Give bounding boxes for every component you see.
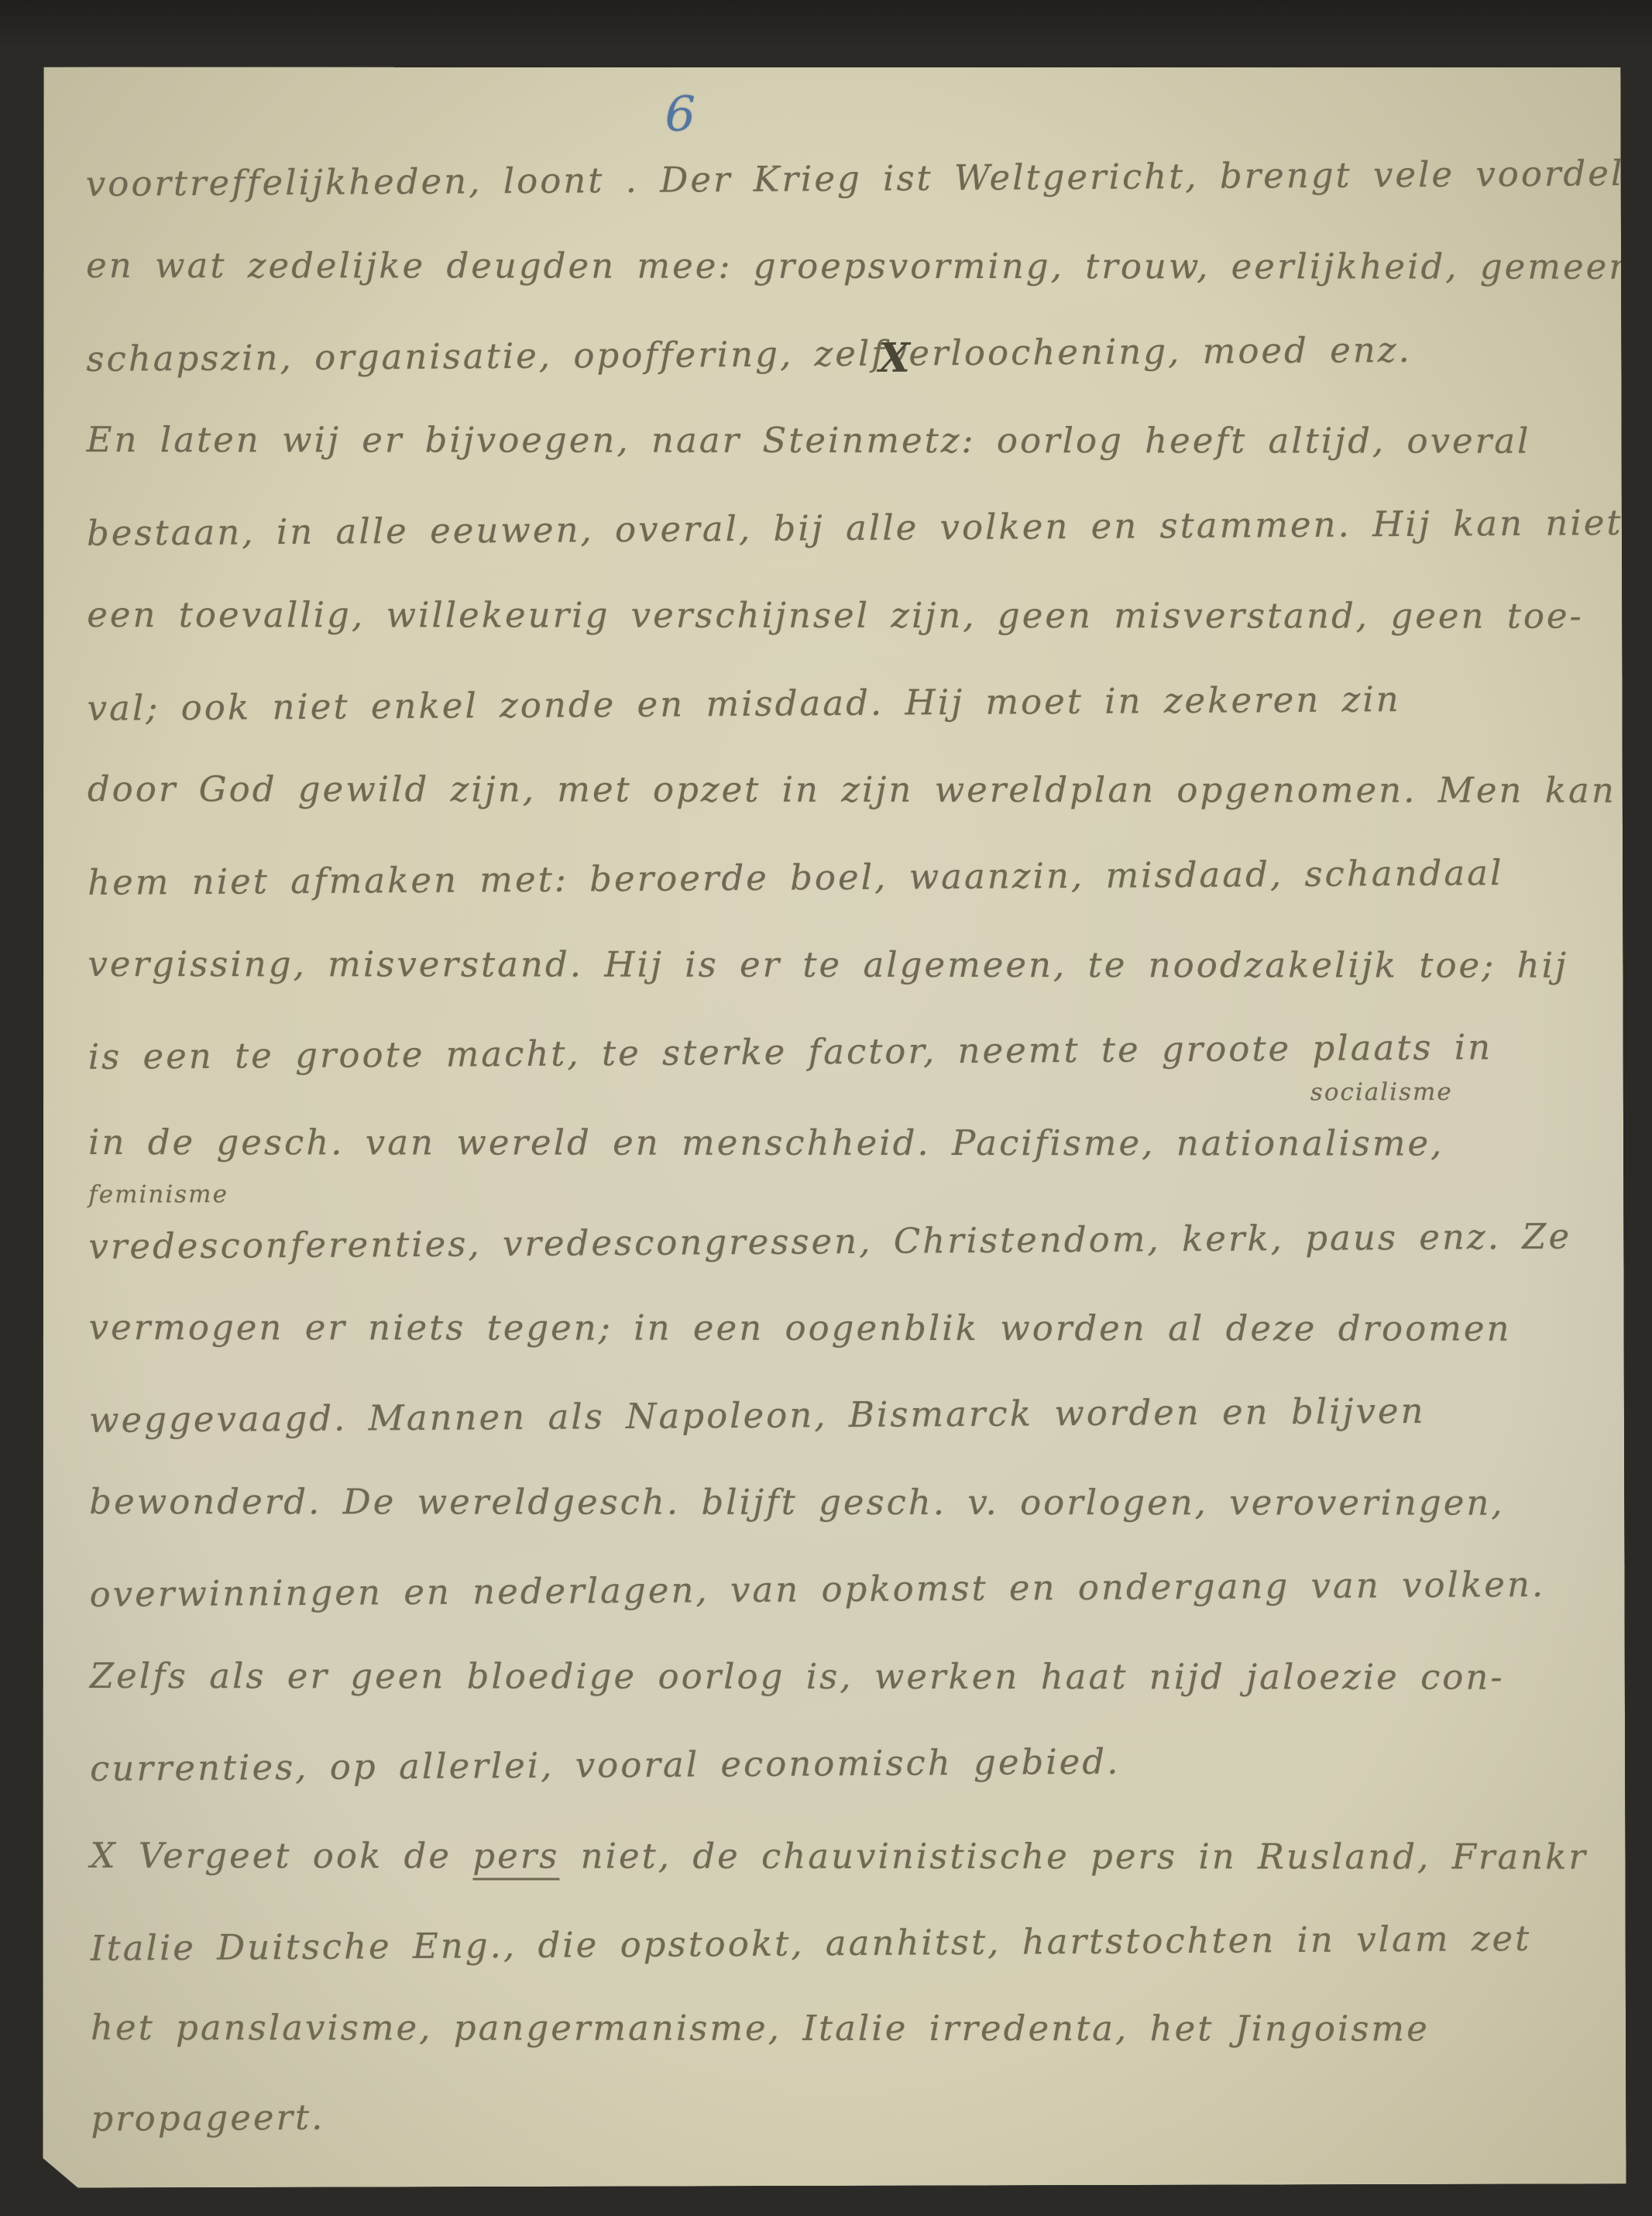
footnote-underlined-word: pers bbox=[472, 1835, 559, 1880]
cross-mark-annotation: X bbox=[878, 335, 910, 382]
handwritten-line: voortreffelijkheden, loont . Der Krieg i… bbox=[86, 153, 1635, 204]
handwritten-line: is een te groote macht, te sterke factor… bbox=[88, 1026, 1637, 1077]
handwritten-line: schapszin, organisatie, opoffering, zelf… bbox=[86, 328, 1635, 380]
scanned-document: { "page": { "number": "6", "paper_color"… bbox=[0, 0, 1652, 2216]
handwritten-line: val; ook niet enkel zonde en misdaad. Hi… bbox=[87, 677, 1636, 729]
handwritten-line: weggevaagd. Mannen als Napoleon, Bismarc… bbox=[89, 1389, 1638, 1441]
handwritten-line: en wat zedelijke deugden mee: groepsvorm… bbox=[86, 245, 1635, 287]
handwritten-line: het panslavisme, pangermanisme, Italie i… bbox=[91, 2007, 1640, 2049]
footnote-text-suffix: niet, de chauvinistische pers in Rusland… bbox=[559, 1836, 1588, 1878]
footnote-text-prefix: X Vergeet ook de bbox=[90, 1835, 472, 1876]
handwritten-line: Italie Duitsche Eng., die opstookt, aanh… bbox=[91, 1917, 1640, 1969]
handwritten-line: een toevallig, willekeurig verschijnsel … bbox=[87, 594, 1636, 637]
handwritten-line: vredesconferenties, vredescongressen, Ch… bbox=[88, 1215, 1637, 1267]
handwritten-line: En laten wij er bijvoegen, naar Steinmet… bbox=[87, 419, 1636, 462]
handwritten-line: bewonderd. De wereldgesch. blijft gesch.… bbox=[89, 1481, 1638, 1524]
footnote-line: X Vergeet ook de pers niet, de chauvinis… bbox=[90, 1835, 1639, 1878]
page-number-blue: 6 bbox=[665, 85, 695, 142]
interline-insertion-socialisme: socialisme bbox=[1310, 1078, 1453, 1106]
handwritten-line: door God gewild zijn, met opzet in zijn … bbox=[88, 768, 1637, 811]
handwritten-line: overwinningen en nederlagen, van opkomst… bbox=[89, 1563, 1638, 1615]
handwritten-line: currenties, op allerlei, vooral economis… bbox=[90, 1737, 1639, 1789]
handwritten-line: bestaan, in alle eeuwen, overal, bij all… bbox=[87, 502, 1636, 554]
margin-insertion-feminisme: feminisme bbox=[88, 1180, 228, 1208]
handwritten-line: in de gesch. van wereld en menschheid. P… bbox=[88, 1122, 1637, 1164]
handwritten-line: propageert. bbox=[91, 2087, 1640, 2139]
handwritten-line: vermogen er niets tegen; in een oogenbli… bbox=[89, 1307, 1638, 1349]
scan-background-edge bbox=[0, 0, 1652, 71]
handwritten-line: Zelfs als er geen bloedige oorlog is, we… bbox=[90, 1655, 1639, 1698]
handwritten-line: vergissing, misverstand. Hij is er te al… bbox=[88, 943, 1637, 986]
handwritten-line: hem niet afmaken met: beroerde boel, waa… bbox=[88, 851, 1637, 903]
manuscript-page: 6 voortreffelijkheden, loont . Der Krieg… bbox=[37, 63, 1626, 2187]
